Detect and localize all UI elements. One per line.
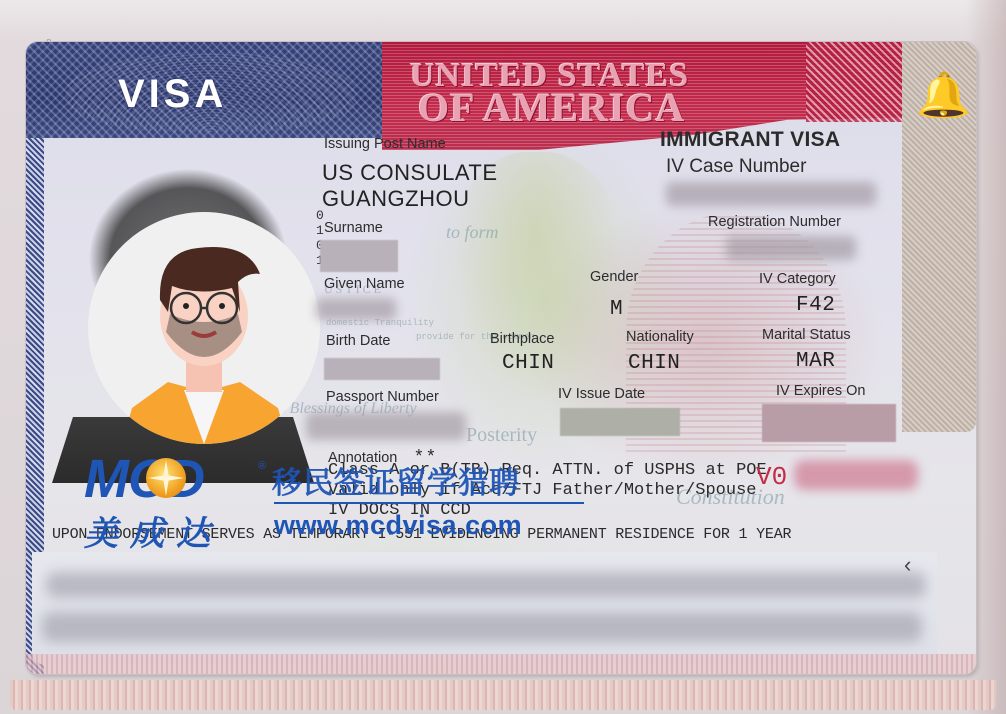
- given-name-label: Given Name: [324, 276, 405, 292]
- iv-expires-on-label: IV Expires On: [776, 383, 865, 399]
- foil-number-prefix: V0: [756, 462, 787, 492]
- birthplace-value: CHIN: [502, 352, 554, 375]
- issuing-post-label: Issuing Post Name: [324, 136, 446, 152]
- birth-date-redacted: [324, 358, 440, 380]
- nationality-label: Nationality: [626, 329, 694, 345]
- iv-issue-date-label: IV Issue Date: [558, 386, 645, 402]
- passport-number-redacted: [306, 412, 466, 440]
- gender-label: Gender: [590, 269, 638, 285]
- issuing-post-value-line1: US CONSULATE: [322, 160, 498, 186]
- registration-number-redacted: [726, 236, 856, 260]
- avatar-photo: [88, 212, 320, 444]
- iv-category-value: F42: [796, 294, 835, 317]
- iv-issue-date-redacted: [560, 408, 680, 436]
- immigrant-visa-heading: IMMIGRANT VISA: [660, 128, 840, 152]
- iv-case-number-redacted: [666, 182, 876, 206]
- security-text-posterity: Posterity: [466, 424, 537, 447]
- mrz-line-2-redacted: [42, 612, 922, 642]
- marital-status-value: MAR: [796, 350, 835, 373]
- watermark-brand-cn: 美成达: [84, 506, 222, 555]
- registration-number-label: Registration Number: [708, 214, 841, 230]
- red-guilloche-pattern: [806, 42, 902, 122]
- nationality-value: CHIN: [628, 352, 680, 375]
- mrz-line-1-redacted: [46, 572, 926, 598]
- given-name-redacted: [316, 298, 396, 320]
- foil-number-redacted: [794, 460, 918, 490]
- iv-case-number-label: IV Case Number: [666, 156, 806, 178]
- mrz-zone: [32, 552, 937, 664]
- issuing-post-value-line2: GUANGZHOU: [322, 186, 470, 212]
- registered-mark: ®: [258, 460, 266, 472]
- passport-number-label: Passport Number: [326, 389, 439, 405]
- visa-banner: VISA: [26, 42, 382, 138]
- gender-value: M: [610, 298, 623, 321]
- watermark-tagline-cn: 移民签证留学猎聘: [272, 458, 520, 502]
- foil-bottom-edge: [26, 654, 976, 674]
- birth-date-label: Birth Date: [326, 333, 390, 349]
- compass-star-icon: [146, 458, 186, 498]
- surname-redacted: [320, 240, 398, 272]
- usa-title-line2: OF AMERICA: [418, 92, 689, 124]
- iv-category-label: IV Category: [759, 271, 836, 287]
- mrz-chevron: ‹: [904, 552, 911, 578]
- watermark-divider: [274, 502, 584, 504]
- passport-page-edge-pattern: [10, 680, 996, 710]
- birthplace-label: Birthplace: [490, 331, 554, 347]
- usa-banner-title: UNITED STATES OF AMERICA: [410, 60, 689, 124]
- iv-expires-on-redacted: [762, 404, 896, 442]
- liberty-bell-icon: 🔔: [916, 68, 958, 124]
- security-text-to-form: to form: [446, 222, 499, 243]
- watermark-website: www.mcdvisa.com: [274, 510, 522, 541]
- surname-label: Surname: [324, 220, 383, 236]
- mcd-logo: MCD: [84, 448, 204, 510]
- visa-foil: VISA UNITED STATES OF AMERICA 🔔 to form …: [26, 42, 976, 674]
- visa-banner-label: VISA: [118, 72, 227, 117]
- marital-status-label: Marital Status: [762, 327, 851, 343]
- cartoon-man-icon: [88, 212, 320, 444]
